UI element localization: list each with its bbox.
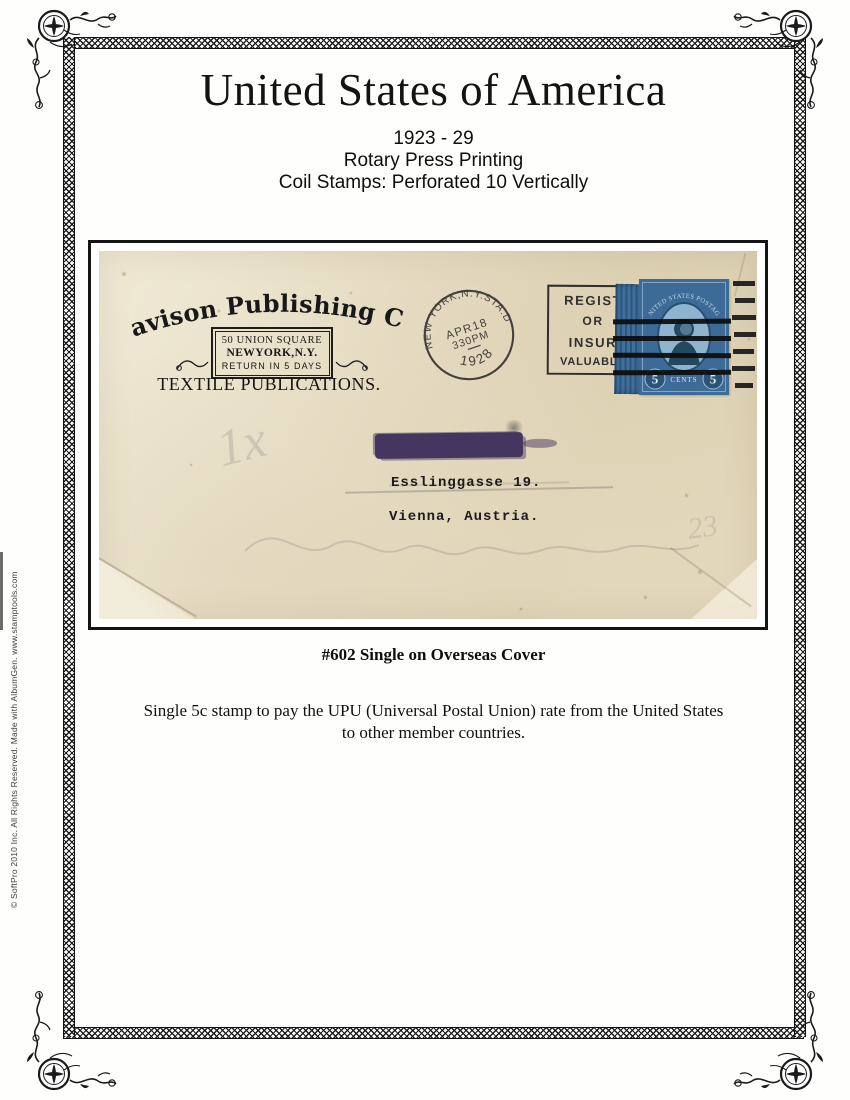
item-caption: #602 Single on Overseas Cover <box>63 645 804 665</box>
killer-bar <box>733 349 754 354</box>
redacted-recipient-line <box>375 432 523 459</box>
killer-bar <box>733 281 755 286</box>
item-description: Single 5c stamp to pay the UPU (Universa… <box>63 700 804 744</box>
corner-card-tagline: TEXTILE PUBLICATIONS. <box>157 374 381 395</box>
cancel-bar <box>613 319 731 325</box>
scroll-flourish-left <box>175 354 209 374</box>
subtitle-years: 1923 - 29 <box>63 128 804 150</box>
scan-artifact <box>0 552 3 630</box>
subtitle-perforation: Coil Stamps: Perforated 10 Vertically <box>63 172 804 194</box>
cancel-bar <box>613 353 731 359</box>
description-line: to other member countries. <box>63 722 804 744</box>
return-address-box: 50 UNION SQUARE NEWYORK,N.Y. RETURN IN 5… <box>211 327 333 379</box>
foxing-spot <box>121 271 127 277</box>
cancel-bar <box>613 336 731 341</box>
fold-crease-line <box>734 253 747 296</box>
foxing-spot <box>643 595 648 600</box>
foxing-spot <box>747 337 751 341</box>
return-address-note: RETURN IN 5 DAYS <box>216 361 329 371</box>
stamp-unit-label: CENTS <box>670 376 697 384</box>
scroll-flourish-right <box>335 354 369 374</box>
address-city-line: Vienna, Austria. <box>389 509 539 525</box>
pencil-number: 23 <box>685 509 719 546</box>
cancel-bar <box>613 370 731 376</box>
copyright-text: © SoftPro 2010 Inc. All Rights Reserved.… <box>9 571 19 908</box>
killer-bar <box>734 332 756 337</box>
description-line: Single 5c stamp to pay the UPU (Universa… <box>63 700 804 722</box>
corner-flourish-ornament <box>6 988 118 1100</box>
cover-image-frame: Davison Publishing Co. 50 UNION SQUARE N… <box>88 240 768 630</box>
page-subtitle: 1923 - 29 Rotary Press Printing Coil Sta… <box>63 128 804 194</box>
subtitle-printing: Rotary Press Printing <box>63 150 804 172</box>
return-address-box-inner: 50 UNION SQUARE NEWYORK,N.Y. RETURN IN 5… <box>215 331 330 376</box>
killer-bar <box>732 315 756 320</box>
foxing-spot <box>684 493 689 498</box>
envelope: Davison Publishing Co. 50 UNION SQUARE N… <box>99 251 757 619</box>
return-address-city: NEWYORK,N.Y. <box>216 347 329 359</box>
album-page: United States of America 1923 - 29 Rotar… <box>0 0 850 1100</box>
postmark-stamp: NEW YORK,N.Y.STA.D APR18 330PM 1928 <box>408 274 530 396</box>
killer-bar <box>732 366 755 371</box>
page-title: United States of America <box>63 64 804 116</box>
killer-bar <box>735 383 753 388</box>
killer-bar <box>735 298 755 303</box>
corner-flourish-ornament <box>732 988 844 1100</box>
foxing-spot <box>189 463 193 467</box>
border-band-bottom <box>63 1027 804 1039</box>
foxing-spot <box>519 607 523 611</box>
pencil-mark: 1x <box>211 410 273 479</box>
return-address-street: 50 UNION SQUARE <box>216 335 329 346</box>
address-street-line: Esslinggasse 19. <box>391 475 541 491</box>
border-band-top <box>63 37 804 49</box>
